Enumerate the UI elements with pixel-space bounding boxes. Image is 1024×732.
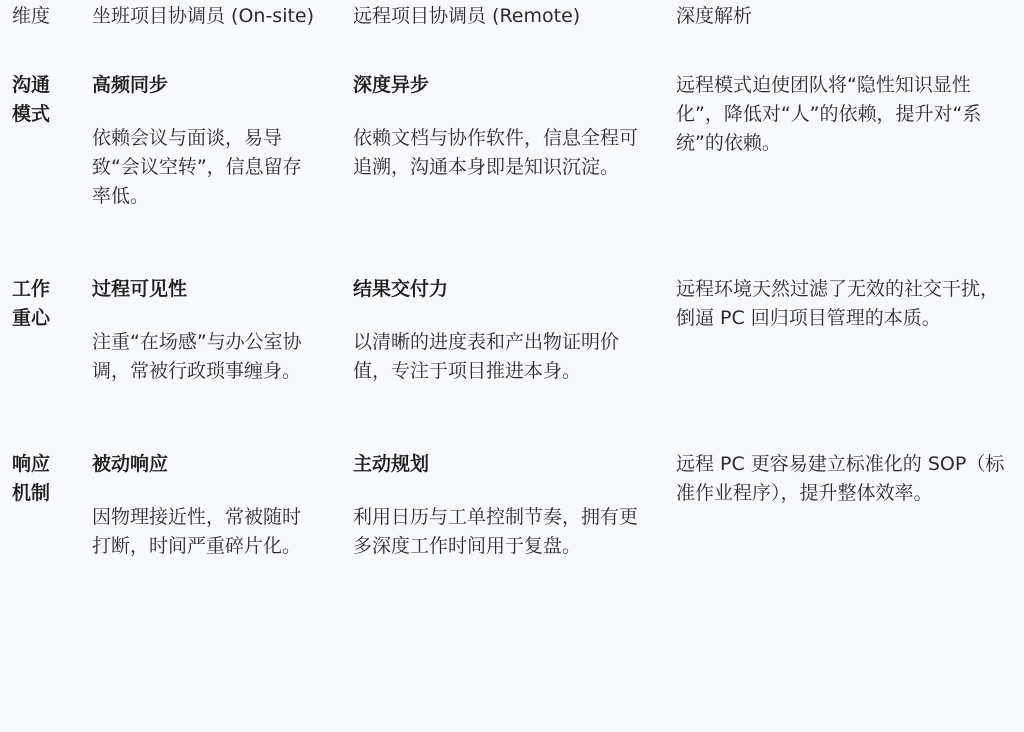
- analysis-cell: 远程环境天然过滤了无效的社交干扰，倒逼 PC 回归项目管理的本质。: [664, 261, 1024, 436]
- dimension-cell: 响应机制: [0, 436, 80, 611]
- header-dimension: 维度: [0, 0, 80, 57]
- header-onsite: 坐班项目协调员 (On-site): [80, 0, 341, 57]
- table-header-row: 维度 坐班项目协调员 (On-site) 远程项目协调员 (Remote) 深度…: [0, 0, 1024, 57]
- remote-desc: 依赖文档与协作软件，信息全程可追溯，沟通本身即是知识沉淀。: [341, 124, 664, 261]
- header-remote: 远程项目协调员 (Remote): [341, 0, 664, 57]
- onsite-desc: 注重“在场感”与办公室协调，常被行政琐事缠身。: [80, 328, 341, 436]
- remote-title: 结果交付力: [341, 261, 664, 328]
- onsite-title: 过程可见性: [80, 261, 341, 328]
- onsite-desc: 因物理接近性，常被随时打断，时间严重碎片化。: [80, 503, 341, 611]
- dimension-cell: 沟通模式: [0, 57, 80, 261]
- table-row-communication: 沟通模式 高频同步 深度异步 远程模式迫使团队将“隐性知识显性化”，降低对“人”…: [0, 57, 1024, 124]
- table-row-response: 响应机制 被动响应 主动规划 远程 PC 更容易建立标准化的 SOP（标准作业程…: [0, 436, 1024, 503]
- dimension-cell: 工作重心: [0, 261, 80, 436]
- remote-desc: 利用日历与工单控制节奏，拥有更多深度工作时间用于复盘。: [341, 503, 664, 611]
- remote-desc: 以清晰的进度表和产出物证明价值，专注于项目推进本身。: [341, 328, 664, 436]
- analysis-cell: 远程 PC 更容易建立标准化的 SOP（标准作业程序），提升整体效率。: [664, 436, 1024, 611]
- onsite-desc: 依赖会议与面谈，易导致“会议空转”，信息留存率低。: [80, 124, 341, 261]
- onsite-title: 被动响应: [80, 436, 341, 503]
- onsite-title: 高频同步: [80, 57, 341, 124]
- remote-title: 主动规划: [341, 436, 664, 503]
- comparison-table: 维度 坐班项目协调员 (On-site) 远程项目协调员 (Remote) 深度…: [0, 0, 1024, 611]
- table-row-work-focus: 工作重心 过程可见性 结果交付力 远程环境天然过滤了无效的社交干扰，倒逼 PC …: [0, 261, 1024, 328]
- analysis-cell: 远程模式迫使团队将“隐性知识显性化”，降低对“人”的依赖，提升对“系统”的依赖。: [664, 57, 1024, 261]
- remote-title: 深度异步: [341, 57, 664, 124]
- header-analysis: 深度解析: [664, 0, 1024, 57]
